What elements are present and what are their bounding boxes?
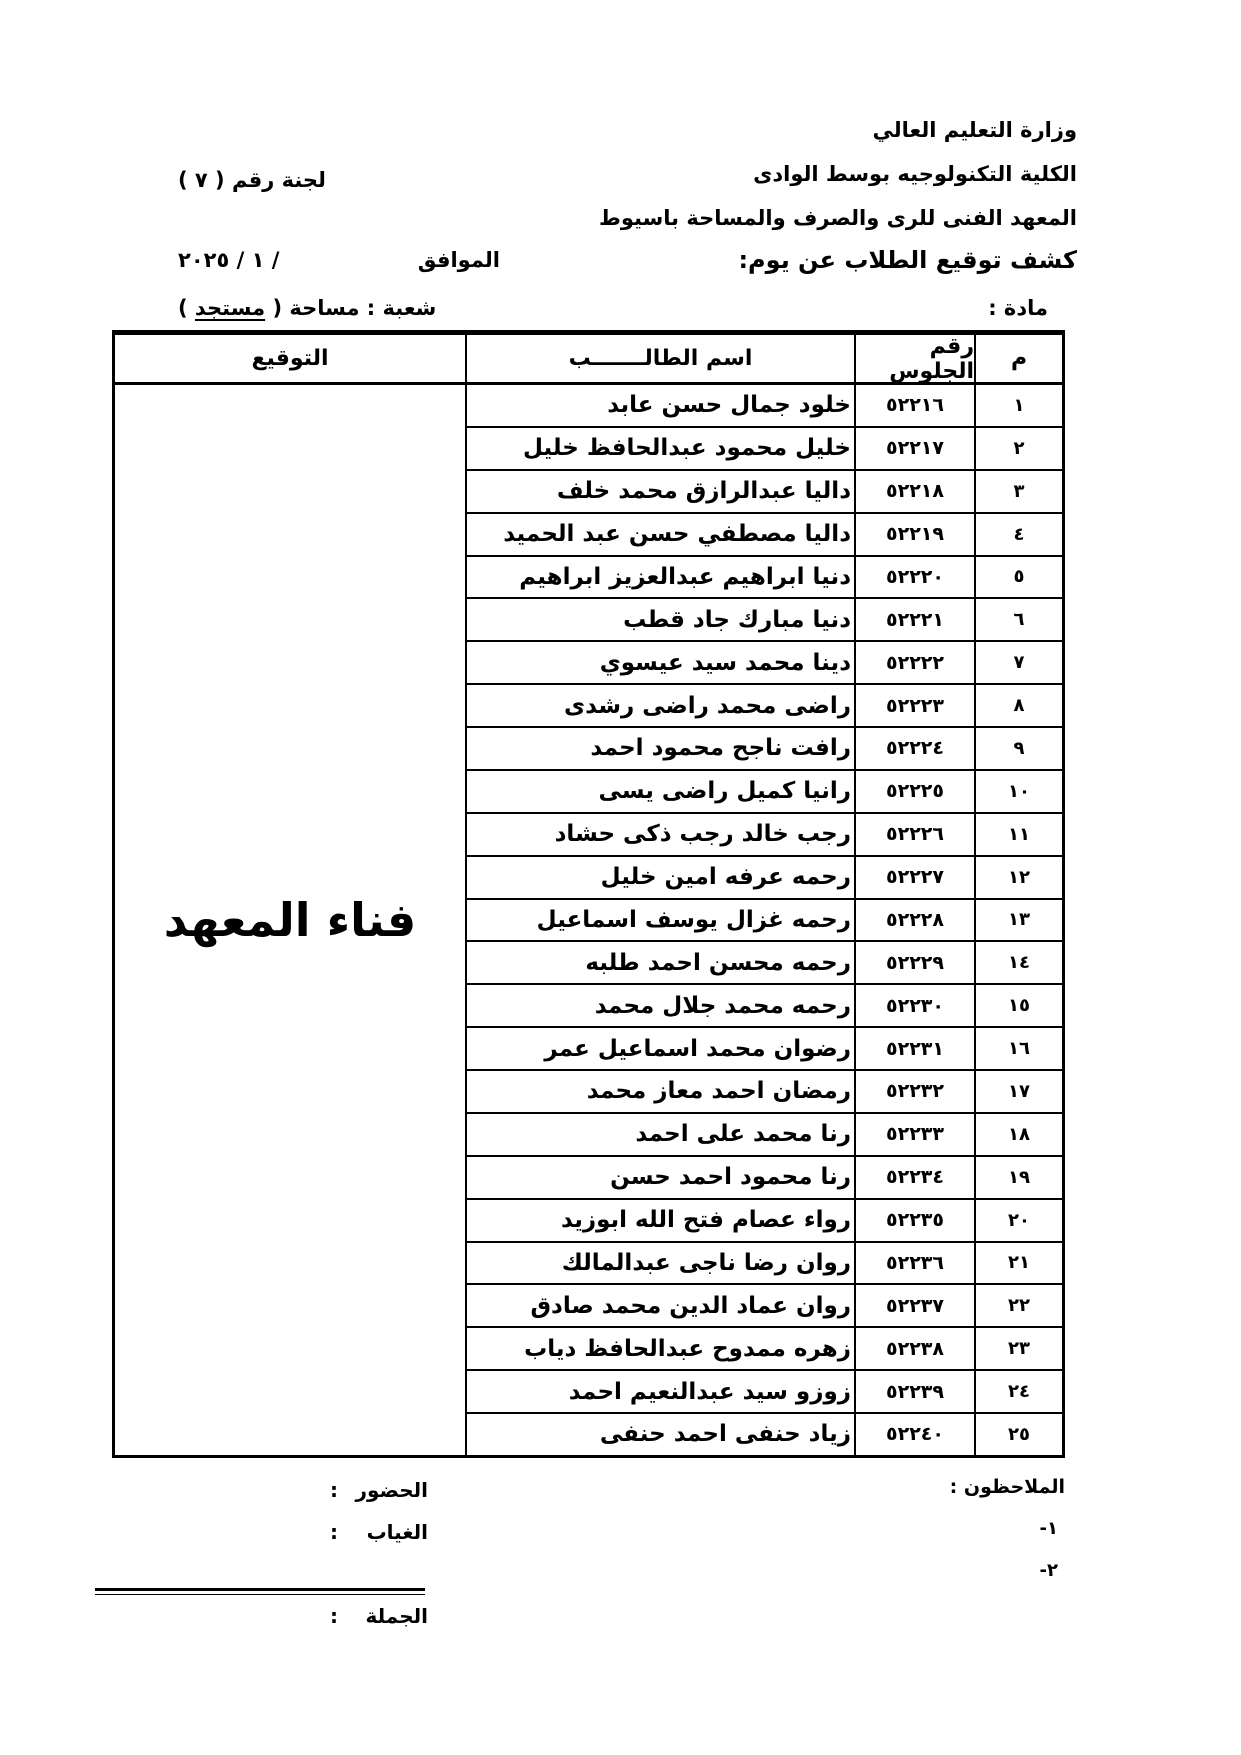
row-seat-number: ٥٢٢٣٠ bbox=[854, 985, 974, 1026]
row-student-name: رحمه غزال يوسف اسماعيل bbox=[467, 900, 854, 941]
row-student-name: داليا مصطفي حسن عبد الحميد bbox=[467, 514, 854, 555]
row-seat-number: ٥٢٢٢٨ bbox=[854, 900, 974, 941]
row-index: ٩ bbox=[974, 728, 1062, 769]
row-student-name: زهره ممدوح عبدالحافظ دياب bbox=[467, 1328, 854, 1369]
row-student-name: رواء عصام فتح الله ابوزيد bbox=[467, 1200, 854, 1241]
table-row: ١٠٥٢٢٢٥رانيا كميل راضى يسى bbox=[467, 771, 1062, 814]
total-line: الجملة : bbox=[330, 1604, 428, 1628]
table-body: ١٥٢٢١٦خلود جمال حسن عابد٢٥٢٢١٧خليل محمود… bbox=[467, 385, 1062, 1455]
table-row: ١٦٥٢٢٣١رضوان محمد اسماعيل عمر bbox=[467, 1028, 1062, 1071]
absence-label: الغياب bbox=[367, 1520, 428, 1544]
row-seat-number: ٥٢٢١٧ bbox=[854, 428, 974, 469]
row-index: ٢٣ bbox=[974, 1328, 1062, 1369]
sheet-title: كشف توقيع الطلاب عن يوم: bbox=[738, 246, 1077, 274]
signature-sheet-page: { "page": { "header": { "ministry": "وزا… bbox=[0, 0, 1241, 1755]
committee-number: لجنة رقم ( ٧ ) bbox=[178, 168, 326, 192]
row-index: ١٢ bbox=[974, 857, 1062, 898]
row-student-name: رحمه محمد جلال محمد bbox=[467, 985, 854, 1026]
row-student-name: رضوان محمد اسماعيل عمر bbox=[467, 1028, 854, 1069]
table-row: ٩٥٢٢٢٤رافت ناجح محمود احمد bbox=[467, 728, 1062, 771]
row-index: ٧ bbox=[974, 642, 1062, 683]
attendance-label: الحضور bbox=[355, 1478, 428, 1502]
row-seat-number: ٥٢٢٣٩ bbox=[854, 1371, 974, 1412]
row-index: ٢٠ bbox=[974, 1200, 1062, 1241]
row-student-name: روان رضا ناجى عبدالمالك bbox=[467, 1243, 854, 1284]
row-index: ١٤ bbox=[974, 942, 1062, 983]
signature-column: التوقيع فناء المعهد bbox=[115, 335, 465, 1455]
table-row: ٥٥٢٢٢٠دنيا ابراهيم عبدالعزيز ابراهيم bbox=[467, 557, 1062, 600]
absence-line: الغياب : bbox=[330, 1520, 428, 1544]
table-row: ١٣٥٢٢٢٨رحمه غزال يوسف اسماعيل bbox=[467, 900, 1062, 943]
table-row: ٦٥٢٢٢١دنيا مبارك جاد قطب bbox=[467, 599, 1062, 642]
table-row: ٢٣٥٢٢٣٨زهره ممدوح عبدالحافظ دياب bbox=[467, 1328, 1062, 1371]
row-index: ١٧ bbox=[974, 1071, 1062, 1112]
row-seat-number: ٥٢٢٣١ bbox=[854, 1028, 974, 1069]
row-seat-number: ٥٢٢٢٦ bbox=[854, 814, 974, 855]
table-row: ٢٢٥٢٢٣٧روان عماد الدين محمد صادق bbox=[467, 1285, 1062, 1328]
college-line: الكلية التكنولوجيه بوسط الوادى bbox=[599, 152, 1077, 196]
row-student-name: رحمه عرفه امين خليل bbox=[467, 857, 854, 898]
row-index: ٦ bbox=[974, 599, 1062, 640]
row-seat-number: ٥٢٢٣٢ bbox=[854, 1071, 974, 1112]
col-header-index: م bbox=[974, 335, 1062, 382]
row-student-name: رحمه محسن احمد طلبه bbox=[467, 942, 854, 983]
sum-divider bbox=[95, 1588, 425, 1595]
attendance-line: الحضور : bbox=[330, 1478, 428, 1502]
absence-colon: : bbox=[330, 1520, 338, 1544]
table-row: ٤٥٢٢١٩داليا مصطفي حسن عبد الحميد bbox=[467, 514, 1062, 557]
table-row: ٢١٥٢٢٣٦روان رضا ناجى عبدالمالك bbox=[467, 1243, 1062, 1286]
row-student-name: زياد حنفى احمد حنفى bbox=[467, 1414, 854, 1455]
students-table: م رقم الجلوس اسم الطالـــــــب ١٥٢٢١٦خلو… bbox=[112, 330, 1065, 1458]
signature-area: فناء المعهد bbox=[115, 385, 465, 1455]
table-row: ٢٠٥٢٢٣٥رواء عصام فتح الله ابوزيد bbox=[467, 1200, 1062, 1243]
row-index: ١٣ bbox=[974, 900, 1062, 941]
row-student-name: خليل محمود عبدالحافظ خليل bbox=[467, 428, 854, 469]
division-suffix: ) bbox=[178, 296, 195, 320]
row-index: ٨ bbox=[974, 685, 1062, 726]
table-header-row: م رقم الجلوس اسم الطالـــــــب bbox=[467, 335, 1062, 385]
row-index: ٥ bbox=[974, 557, 1062, 598]
row-student-name: روان عماد الدين محمد صادق bbox=[467, 1285, 854, 1326]
observer-line-2: ٢- bbox=[1040, 1560, 1058, 1581]
signature-area-note: فناء المعهد bbox=[164, 893, 416, 947]
data-columns: م رقم الجلوس اسم الطالـــــــب ١٥٢٢١٦خلو… bbox=[465, 335, 1062, 1455]
row-index: ٣ bbox=[974, 471, 1062, 512]
date-label: الموافق bbox=[418, 248, 500, 272]
row-index: ٢٥ bbox=[974, 1414, 1062, 1455]
institute-line: المعهد الفنى للرى والصرف والمساحة باسيوط bbox=[599, 196, 1077, 240]
row-index: ١١ bbox=[974, 814, 1062, 855]
row-seat-number: ٥٢٢٣٦ bbox=[854, 1243, 974, 1284]
table-row: ٣٥٢٢١٨داليا عبدالرازق محمد خلف bbox=[467, 471, 1062, 514]
total-label: الجملة bbox=[366, 1604, 428, 1628]
row-seat-number: ٥٢٢٤٠ bbox=[854, 1414, 974, 1455]
row-index: ١٩ bbox=[974, 1157, 1062, 1198]
table-row: ١٤٥٢٢٢٩رحمه محسن احمد طلبه bbox=[467, 942, 1062, 985]
table-row: ٧٥٢٢٢٢دينا محمد سيد عيسوي bbox=[467, 642, 1062, 685]
row-student-name: رمضان احمد معاز محمد bbox=[467, 1071, 854, 1112]
table-row: ٢٥٥٢٢٤٠زياد حنفى احمد حنفى bbox=[467, 1414, 1062, 1455]
observer-line-1: ١- bbox=[1040, 1518, 1058, 1539]
subject-label: مادة : bbox=[988, 296, 1048, 320]
row-seat-number: ٥٢٢١٦ bbox=[854, 385, 974, 426]
row-index: ١٠ bbox=[974, 771, 1062, 812]
row-seat-number: ٥٢٢٣٤ bbox=[854, 1157, 974, 1198]
ministry-line: وزارة التعليم العالي bbox=[599, 108, 1077, 152]
row-seat-number: ٥٢٢٣٣ bbox=[854, 1114, 974, 1155]
row-seat-number: ٥٢٢٣٥ bbox=[854, 1200, 974, 1241]
table-row: ١١٥٢٢٢٦رجب خالد رجب ذكى حشاد bbox=[467, 814, 1062, 857]
row-seat-number: ٥٢٢٢٤ bbox=[854, 728, 974, 769]
row-index: ٤ bbox=[974, 514, 1062, 555]
date-value: / ١ / ٢٠٢٥ bbox=[178, 248, 279, 272]
row-index: ١٨ bbox=[974, 1114, 1062, 1155]
row-seat-number: ٥٢٢٢٥ bbox=[854, 771, 974, 812]
row-index: ١٦ bbox=[974, 1028, 1062, 1069]
row-seat-number: ٥٢٢٢١ bbox=[854, 599, 974, 640]
row-student-name: رجب خالد رجب ذكى حشاد bbox=[467, 814, 854, 855]
row-seat-number: ٥٢٢٢٣ bbox=[854, 685, 974, 726]
table-row: ٢٤٥٢٢٣٩زوزو سيد عبدالنعيم احمد bbox=[467, 1371, 1062, 1414]
row-seat-number: ٥٢٢٢٠ bbox=[854, 557, 974, 598]
row-index: ٢٢ bbox=[974, 1285, 1062, 1326]
division-line: شعبة : مساحة ( مستجد ) bbox=[178, 296, 436, 320]
letterhead: وزارة التعليم العالي الكلية التكنولوجيه … bbox=[599, 108, 1077, 240]
row-student-name: داليا عبدالرازق محمد خلف bbox=[467, 471, 854, 512]
row-seat-number: ٥٢٢٣٨ bbox=[854, 1328, 974, 1369]
table-row: ١٩٥٢٢٣٤رنا محمود احمد حسن bbox=[467, 1157, 1062, 1200]
row-student-name: دنيا مبارك جاد قطب bbox=[467, 599, 854, 640]
row-student-name: رنا محمود احمد حسن bbox=[467, 1157, 854, 1198]
row-seat-number: ٥٢٢١٨ bbox=[854, 471, 974, 512]
row-student-name: رنا محمد على احمد bbox=[467, 1114, 854, 1155]
row-student-name: رانيا كميل راضى يسى bbox=[467, 771, 854, 812]
row-seat-number: ٥٢٢٢٢ bbox=[854, 642, 974, 683]
table-row: ٨٥٢٢٢٣راضى محمد راضى رشدى bbox=[467, 685, 1062, 728]
row-seat-number: ٥٢٢٣٧ bbox=[854, 1285, 974, 1326]
col-header-seat: رقم الجلوس bbox=[854, 335, 974, 382]
observers-label: الملاحظون : bbox=[950, 1476, 1065, 1498]
row-index: ١ bbox=[974, 385, 1062, 426]
date-row: الموافق / ١ / ٢٠٢٥ bbox=[178, 248, 500, 272]
attendance-colon: : bbox=[330, 1478, 338, 1502]
row-student-name: رافت ناجح محمود احمد bbox=[467, 728, 854, 769]
row-student-name: دينا محمد سيد عيسوي bbox=[467, 642, 854, 683]
row-index: ١٥ bbox=[974, 985, 1062, 1026]
col-header-signature: التوقيع bbox=[115, 335, 465, 385]
table-row: ١٥٥٢٢٣٠رحمه محمد جلال محمد bbox=[467, 985, 1062, 1028]
row-index: ٢٤ bbox=[974, 1371, 1062, 1412]
row-student-name: راضى محمد راضى رشدى bbox=[467, 685, 854, 726]
division-prefix: شعبة : مساحة ( bbox=[265, 296, 436, 320]
row-seat-number: ٥٢٢٢٧ bbox=[854, 857, 974, 898]
table-row: ١٢٥٢٢٢٧رحمه عرفه امين خليل bbox=[467, 857, 1062, 900]
table-row: ١٧٥٢٢٣٢رمضان احمد معاز محمد bbox=[467, 1071, 1062, 1114]
row-student-name: خلود جمال حسن عابد bbox=[467, 385, 854, 426]
table-row: ١٥٢٢١٦خلود جمال حسن عابد bbox=[467, 385, 1062, 428]
row-student-name: دنيا ابراهيم عبدالعزيز ابراهيم bbox=[467, 557, 854, 598]
row-student-name: زوزو سيد عبدالنعيم احمد bbox=[467, 1371, 854, 1412]
table-row: ٢٥٢٢١٧خليل محمود عبدالحافظ خليل bbox=[467, 428, 1062, 471]
row-index: ٢ bbox=[974, 428, 1062, 469]
row-index: ٢١ bbox=[974, 1243, 1062, 1284]
row-seat-number: ٥٢٢١٩ bbox=[854, 514, 974, 555]
total-colon: : bbox=[330, 1604, 338, 1628]
row-seat-number: ٥٢٢٢٩ bbox=[854, 942, 974, 983]
col-header-name: اسم الطالـــــــب bbox=[467, 335, 854, 382]
table-row: ١٨٥٢٢٣٣رنا محمد على احمد bbox=[467, 1114, 1062, 1157]
division-underlined: مستجد bbox=[195, 296, 265, 320]
